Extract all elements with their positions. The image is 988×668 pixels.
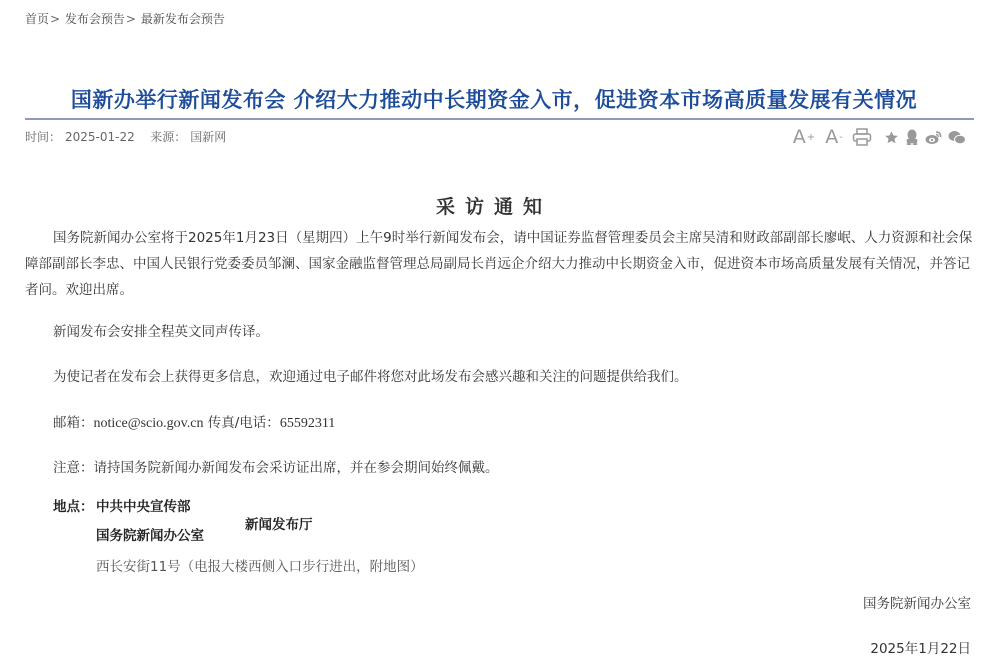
signature-org: 国务院新闻办公室 bbox=[863, 592, 971, 612]
title-divider bbox=[25, 118, 974, 120]
paragraph-announcement: 国务院新闻办公室将于2025年1月23日（星期四）上午9时举行新闻发布会，请中国… bbox=[25, 225, 975, 303]
breadcrumb-latest-preview[interactable]: 最新发布会预告 bbox=[141, 12, 225, 26]
breadcrumb-separator: > bbox=[126, 12, 136, 26]
font-decrease-label: A bbox=[825, 126, 838, 148]
source-value: 国新网 bbox=[190, 130, 226, 144]
font-increase-label: A bbox=[793, 126, 806, 148]
location-address: 西长安街11号（电报大楼西侧入口步行进出，附地图） bbox=[96, 555, 424, 575]
location-org-publicity: 中共中央宣传部 bbox=[96, 495, 191, 515]
breadcrumb: 首页> 发布会预告> 最新发布会预告 bbox=[25, 10, 225, 27]
source-label: 来源： bbox=[150, 130, 186, 144]
star-icon[interactable] bbox=[884, 130, 899, 145]
location-hall: 新闻发布厅 bbox=[245, 513, 313, 533]
paragraph-notice: 注意：请持国务院新闻办新闻发布会采访证出席，并在参会期间始终佩戴。 bbox=[53, 455, 988, 481]
minus-sup: - bbox=[839, 132, 843, 143]
email-link[interactable]: notice@scio.gov.cn bbox=[94, 416, 204, 431]
weibo-icon[interactable] bbox=[925, 130, 942, 145]
breadcrumb-home[interactable]: 首页 bbox=[25, 12, 49, 26]
qq-icon[interactable] bbox=[905, 129, 919, 145]
paragraph-contact: 邮箱：notice@scio.gov.cn 传真/电话：65592311 bbox=[53, 410, 988, 437]
fax-number: 65592311 bbox=[280, 416, 335, 431]
publish-date: 2025-01-22 bbox=[65, 130, 135, 144]
plus-sup: + bbox=[807, 132, 815, 143]
time-label: 时间： bbox=[25, 130, 61, 144]
font-increase-button[interactable]: A+ bbox=[792, 126, 816, 148]
notice-heading: 采访通知 bbox=[0, 192, 988, 219]
font-decrease-button[interactable]: A- bbox=[822, 126, 846, 148]
paragraph-interpretation: 新闻发布会安排全程英文同声传译。 bbox=[53, 319, 988, 345]
location-org-scio: 国务院新闻办公室 bbox=[96, 524, 204, 544]
breadcrumb-separator: > bbox=[50, 12, 60, 26]
signature-date: 2025年1月22日 bbox=[870, 637, 971, 657]
article-toolbar: A+ A- bbox=[792, 126, 966, 148]
print-icon[interactable] bbox=[852, 128, 872, 146]
wechat-icon[interactable] bbox=[948, 130, 966, 145]
article-meta: 时间：2025-01-22 来源：国新网 bbox=[25, 128, 230, 145]
paragraph-questions: 为使记者在发布会上获得更多信息，欢迎通过电子邮件将您对此场发布会感兴趣和关注的问… bbox=[53, 364, 988, 390]
breadcrumb-press-preview[interactable]: 发布会预告 bbox=[65, 12, 125, 26]
article-title: 国新办举行新闻发布会 介绍大力推动中长期资金入市，促进资本市场高质量发展有关情况 bbox=[0, 84, 988, 114]
fax-label: 传真/电话： bbox=[203, 415, 279, 431]
location-label: 地点： bbox=[53, 495, 94, 515]
email-label: 邮箱： bbox=[53, 415, 94, 431]
